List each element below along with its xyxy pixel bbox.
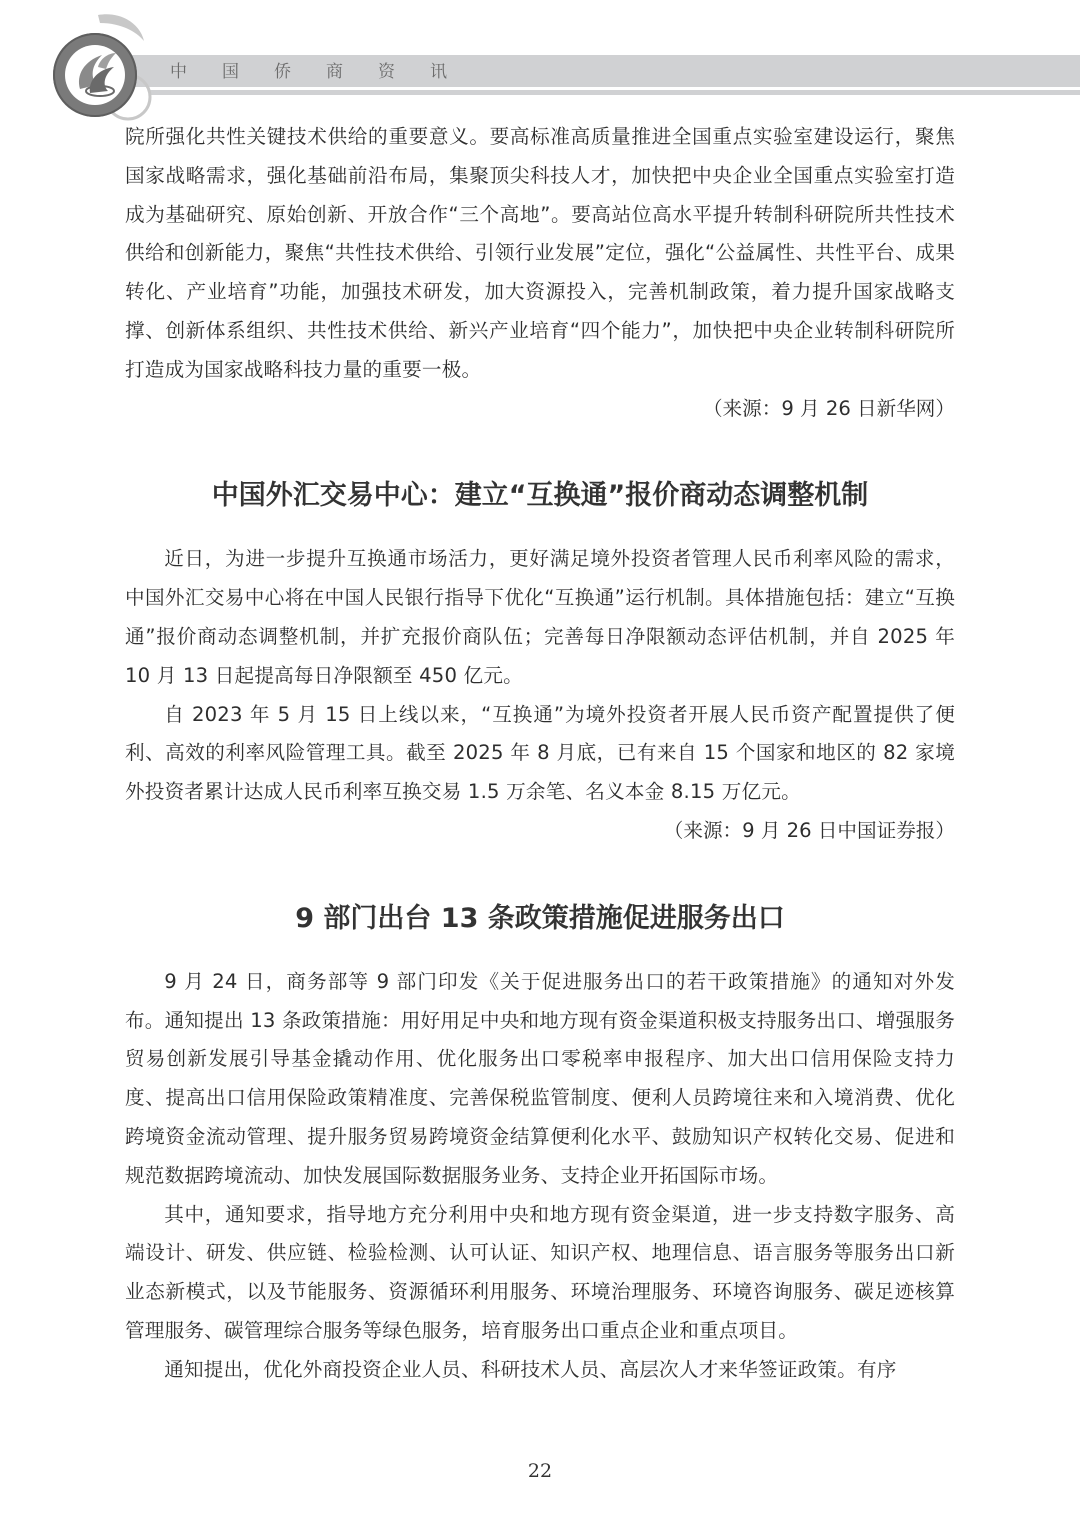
publication-title-char: 国 bbox=[222, 58, 274, 86]
publication-title-char: 商 bbox=[326, 58, 378, 86]
article-source: （来源：9 月 26 日中国证券报） bbox=[125, 812, 955, 851]
article-paragraph: 院所强化共性关键技术供给的重要意义。要高标准高质量推进全国重点实验室建设运行，聚… bbox=[125, 118, 955, 390]
article-cfets-swap-connect: 中国外汇交易中心：建立“互换通”报价商动态调整机制 近日，为进一步提升互换通市场… bbox=[125, 476, 955, 850]
article-headline: 9 部门出台 13 条政策措施促进服务出口 bbox=[125, 899, 955, 939]
header-divider bbox=[150, 90, 1080, 95]
organization-logo-icon bbox=[40, 5, 160, 125]
article-source: （来源：9 月 26 日新华网） bbox=[125, 390, 955, 429]
page-content: 院所强化共性关键技术供给的重要意义。要高标准高质量推进全国重点实验室建设运行，聚… bbox=[125, 118, 955, 1390]
article-paragraph: 近日，为进一步提升互换通市场活力，更好满足境外投资者管理人民币利率风险的需求，中… bbox=[125, 540, 955, 695]
article-paragraph: 自 2023 年 5 月 15 日上线以来，“互换通”为境外投资者开展人民币资产… bbox=[125, 696, 955, 812]
article-continued: 院所强化共性关键技术供给的重要意义。要高标准高质量推进全国重点实验室建设运行，聚… bbox=[125, 118, 955, 428]
publication-title-char: 资 bbox=[378, 58, 430, 86]
publication-title-char: 侨 bbox=[274, 58, 326, 86]
article-headline: 中国外汇交易中心：建立“互换通”报价商动态调整机制 bbox=[125, 476, 955, 516]
article-paragraph: 通知提出，优化外商投资企业人员、科研技术人员、高层次人才来华签证政策。有序 bbox=[125, 1351, 955, 1390]
article-paragraph: 9 月 24 日，商务部等 9 部门印发《关于促进服务出口的若干政策措施》的通知… bbox=[125, 963, 955, 1196]
page-number: 22 bbox=[0, 1460, 1080, 1482]
publication-title-char: 讯 bbox=[430, 58, 482, 86]
article-service-exports-policy: 9 部门出台 13 条政策措施促进服务出口 9 月 24 日，商务部等 9 部门… bbox=[125, 899, 955, 1390]
publication-title: 中国侨商资讯 bbox=[170, 58, 482, 86]
article-paragraph: 其中，通知要求，指导地方充分利用中央和地方现有资金渠道，进一步支持数字服务、高端… bbox=[125, 1196, 955, 1351]
publication-title-char: 中 bbox=[170, 58, 222, 86]
